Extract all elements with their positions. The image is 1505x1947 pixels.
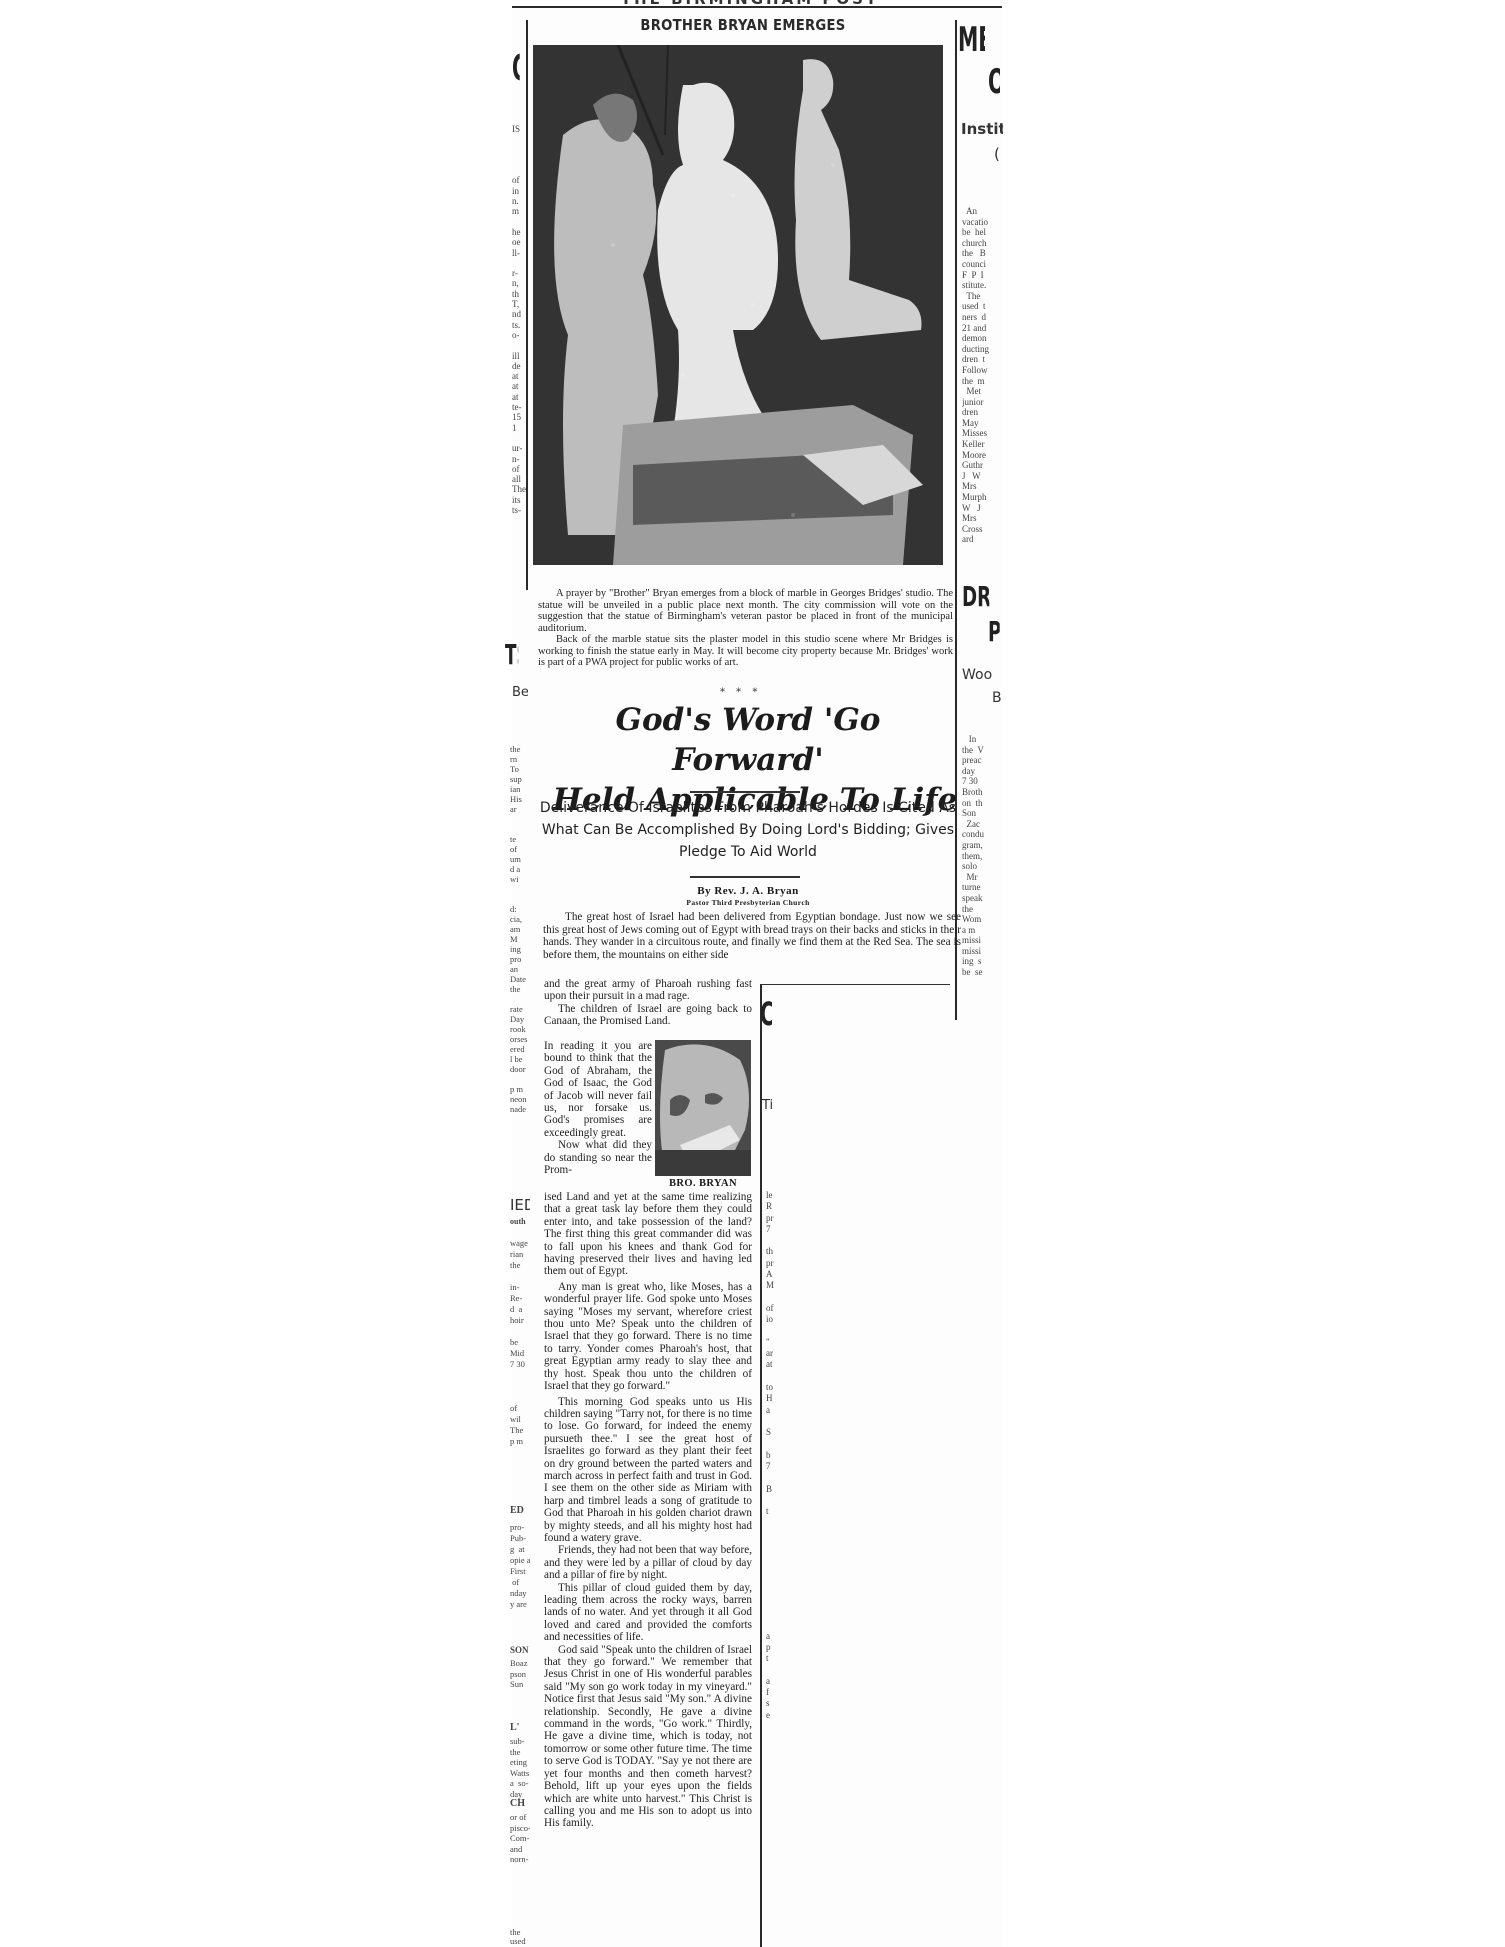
right-column-text-1: An vacatio be hel church the B counci F … (962, 206, 1004, 545)
paragraph-8: God said "Speak unto the children of Isr… (544, 1644, 752, 1830)
left-column-text-5: Boaz pson Sun (510, 1658, 530, 1690)
left-headline-4: ED (510, 1505, 530, 1517)
byline-title: Pastor Third Presbyterian Church (538, 898, 958, 907)
column-rule-mid (760, 985, 762, 1947)
deck-divider (690, 876, 800, 878)
left-headline-6: L' (510, 1722, 530, 1734)
paragraph-6: Friends, they had not been that way befo… (544, 1544, 752, 1581)
article-deck: Deliverance Of Israelites From Pharoah's… (538, 797, 958, 863)
caption-paragraph-1: A prayer by "Brother" Bryan emerges from… (538, 588, 953, 634)
right-headline-4: P (988, 615, 1000, 648)
photo-caption: A prayer by "Brother" Bryan emerges from… (538, 588, 953, 669)
paragraph-2-wrap: In reading it you are bound to think tha… (544, 1040, 652, 1139)
mid-right-text: le R pr 7 th pr A M of io " ar at to H a… (766, 1190, 780, 1721)
lead-paragraph: The great host of Israel had been delive… (543, 911, 961, 961)
left-column-text-1: IS of in n. m he oe ll- r- n, th T, nd t… (512, 124, 526, 515)
left-headline-2: TS (505, 638, 518, 671)
right-subhead-1: Instit (961, 120, 1003, 138)
lead-continued: and the great army of Pharoah rushing fa… (544, 978, 752, 1003)
right-subhead-4: B (992, 690, 1004, 706)
mid-right-subhead: Ti (762, 1098, 780, 1113)
left-column-text-3: wage rian the in- Re- d a hoir be Mid 7 … (510, 1238, 530, 1447)
right-headline-2: O (988, 62, 1000, 102)
separator-dots: * * * (720, 687, 761, 698)
right-subhead-3: Woo (962, 667, 1004, 683)
right-column-text-2: In the V preac day 7 30 Broth on th Son … (962, 734, 1004, 978)
paragraph-2-top: The children of Israel are going back to… (544, 1003, 752, 1028)
article-wrap-text: In reading it you are bound to think tha… (544, 1040, 652, 1176)
left-headline-3: IED (510, 1196, 530, 1214)
column-break-rule (760, 984, 950, 985)
article-column-body: ised Land and yet at the same time reali… (544, 1191, 752, 1830)
left-column-text-6: sub- the eting Watts a so- day (510, 1736, 530, 1799)
portrait-image (655, 1040, 751, 1176)
sculptor-studio-image (533, 45, 943, 565)
photo-title: BROTHER BRYAN EMERGES (563, 16, 924, 34)
right-headline-1: MET (958, 20, 985, 60)
left-headline-1: C (512, 48, 520, 89)
byline: By Rev. J. A. Bryan (538, 885, 958, 897)
headline-divider (690, 791, 800, 793)
article-column-top: and the great army of Pharoah rushing fa… (544, 978, 752, 1028)
left-column-text-7: or of pisco- Com- and norn- (510, 1812, 530, 1865)
right-headline-3: DR. (962, 580, 989, 613)
statue-photo (533, 45, 943, 565)
caption-paragraph-2: Back of the marble statue sits the plast… (538, 634, 953, 669)
masthead-rule (512, 6, 1002, 8)
left-column-text-8: the used (510, 1928, 530, 1946)
column-rule-left (526, 20, 528, 590)
headline-line-1: God's Word 'Go Forward' (538, 700, 958, 780)
right-subhead-2: ( (994, 145, 1004, 163)
paragraph-5: This morning God speaks unto us His chil… (544, 1396, 752, 1545)
paragraph-3-wrap: Now what did they do standing so near th… (544, 1139, 652, 1176)
left-column-text-4: pro- Pub- g at opie a First of nday y ar… (510, 1522, 530, 1610)
left-headline-7: CH (510, 1798, 530, 1810)
mid-right-headline: C (760, 995, 772, 1033)
paragraph-3-continued: ised Land and yet at the same time reali… (544, 1191, 752, 1278)
paragraph-7: This pillar of cloud guided them by day,… (544, 1582, 752, 1644)
left-subhead-3: outh (510, 1216, 530, 1228)
article-lead-wide: The great host of Israel had been delive… (543, 911, 961, 961)
left-subhead-2: Be (512, 685, 528, 700)
left-column-text-2: the rn To sup ian His ar te of um d a wi… (510, 744, 528, 1114)
portrait-caption: BRO. BRYAN (655, 1178, 751, 1189)
column-rule-right (955, 20, 957, 1020)
left-headline-5: SON (510, 1645, 530, 1657)
bro-bryan-portrait (655, 1040, 751, 1176)
paragraph-4: Any man is great who, like Moses, has a … (544, 1281, 752, 1393)
